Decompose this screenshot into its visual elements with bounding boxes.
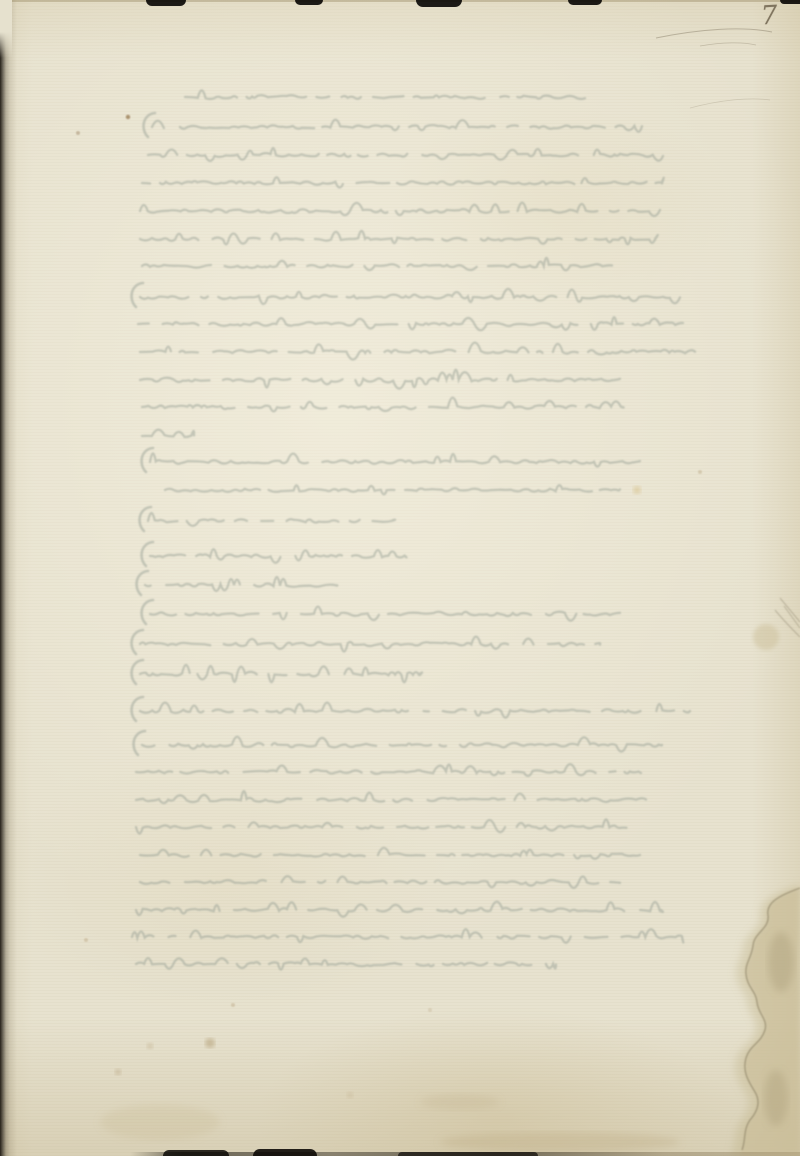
page-edge-notch bbox=[416, 0, 462, 7]
edge-tear bbox=[753, 598, 800, 650]
page-edge-notch bbox=[780, 0, 800, 4]
top-left-page-corner bbox=[0, 0, 12, 58]
bleedthrough-text bbox=[0, 0, 800, 1156]
stains-overlay bbox=[0, 0, 800, 1156]
water-stain bbox=[730, 884, 800, 1156]
binding-edge bbox=[0, 0, 18, 1156]
crease-lines bbox=[656, 29, 772, 108]
folio-number: 7 bbox=[760, 3, 778, 30]
manuscript-scan: 7 bbox=[0, 0, 800, 1156]
page-bottom-edge-blob bbox=[163, 1150, 229, 1156]
page-bottom-edge-blob bbox=[398, 1152, 538, 1156]
page-edge-notch bbox=[146, 0, 186, 6]
page-bottom-edge-blob bbox=[253, 1149, 317, 1156]
page-edge-notch bbox=[568, 0, 602, 5]
fox-spots bbox=[76, 115, 702, 1152]
page-edge-notch bbox=[295, 0, 323, 5]
manuscript-page: 7 bbox=[0, 0, 800, 1156]
